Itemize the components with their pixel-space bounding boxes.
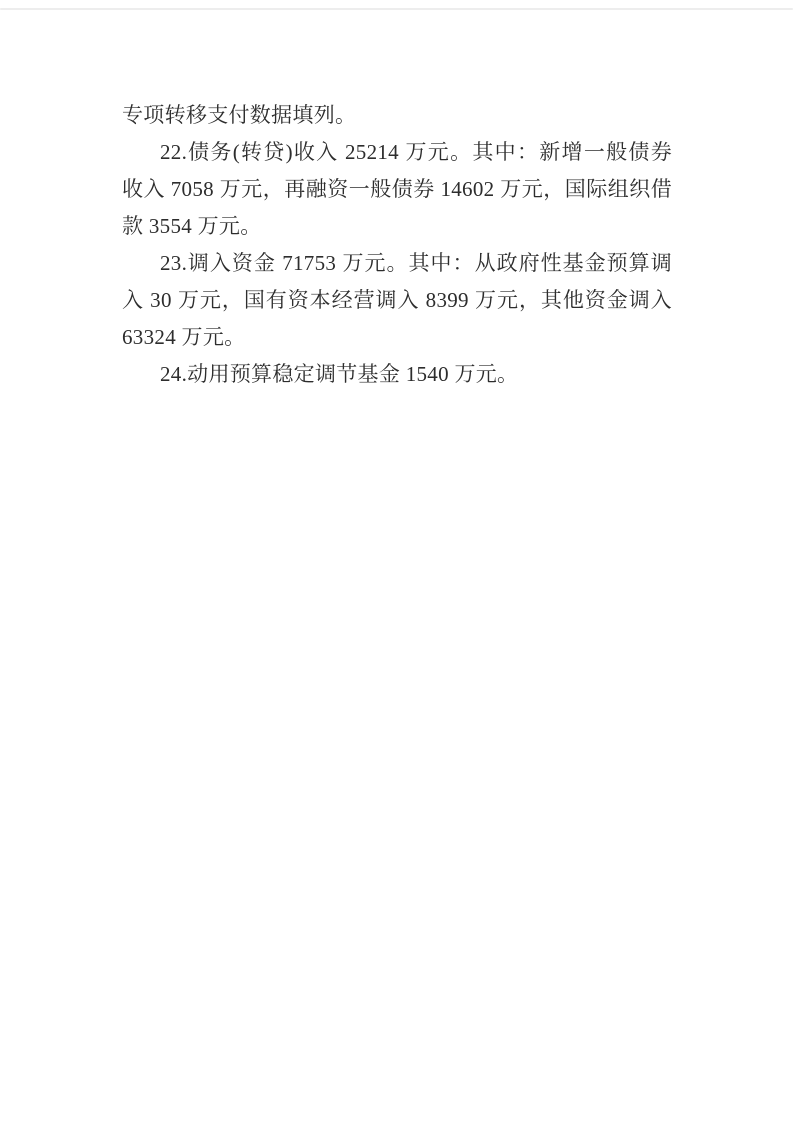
- text-block: 专项转移支付数据填列。 22.债务(转贷)收入 25214 万元。其中：新增一般…: [122, 97, 672, 393]
- document-page: 专项转移支付数据填列。 22.债务(转贷)收入 25214 万元。其中：新增一般…: [0, 0, 793, 1122]
- item-22-line-2: 收入 7058 万元，再融资一般债券 14602 万元，国际组织借: [122, 171, 672, 208]
- item-23-line-3: 63324 万元。: [122, 319, 672, 356]
- item-22-line-3: 款 3554 万元。: [122, 208, 672, 245]
- item-22-line-1: 22.债务(转贷)收入 25214 万元。其中：新增一般债券: [122, 134, 672, 171]
- item-24-line-1: 24.动用预算稳定调节基金 1540 万元。: [122, 356, 672, 393]
- scan-artifact-top-edge: [0, 8, 793, 10]
- item-23-line-1: 23.调入资金 71753 万元。其中：从政府性基金预算调: [122, 245, 672, 282]
- item-23-line-2: 入 30 万元，国有资本经营调入 8399 万元，其他资金调入: [122, 282, 672, 319]
- continuation-line-special-transfer: 专项转移支付数据填列。: [122, 97, 672, 134]
